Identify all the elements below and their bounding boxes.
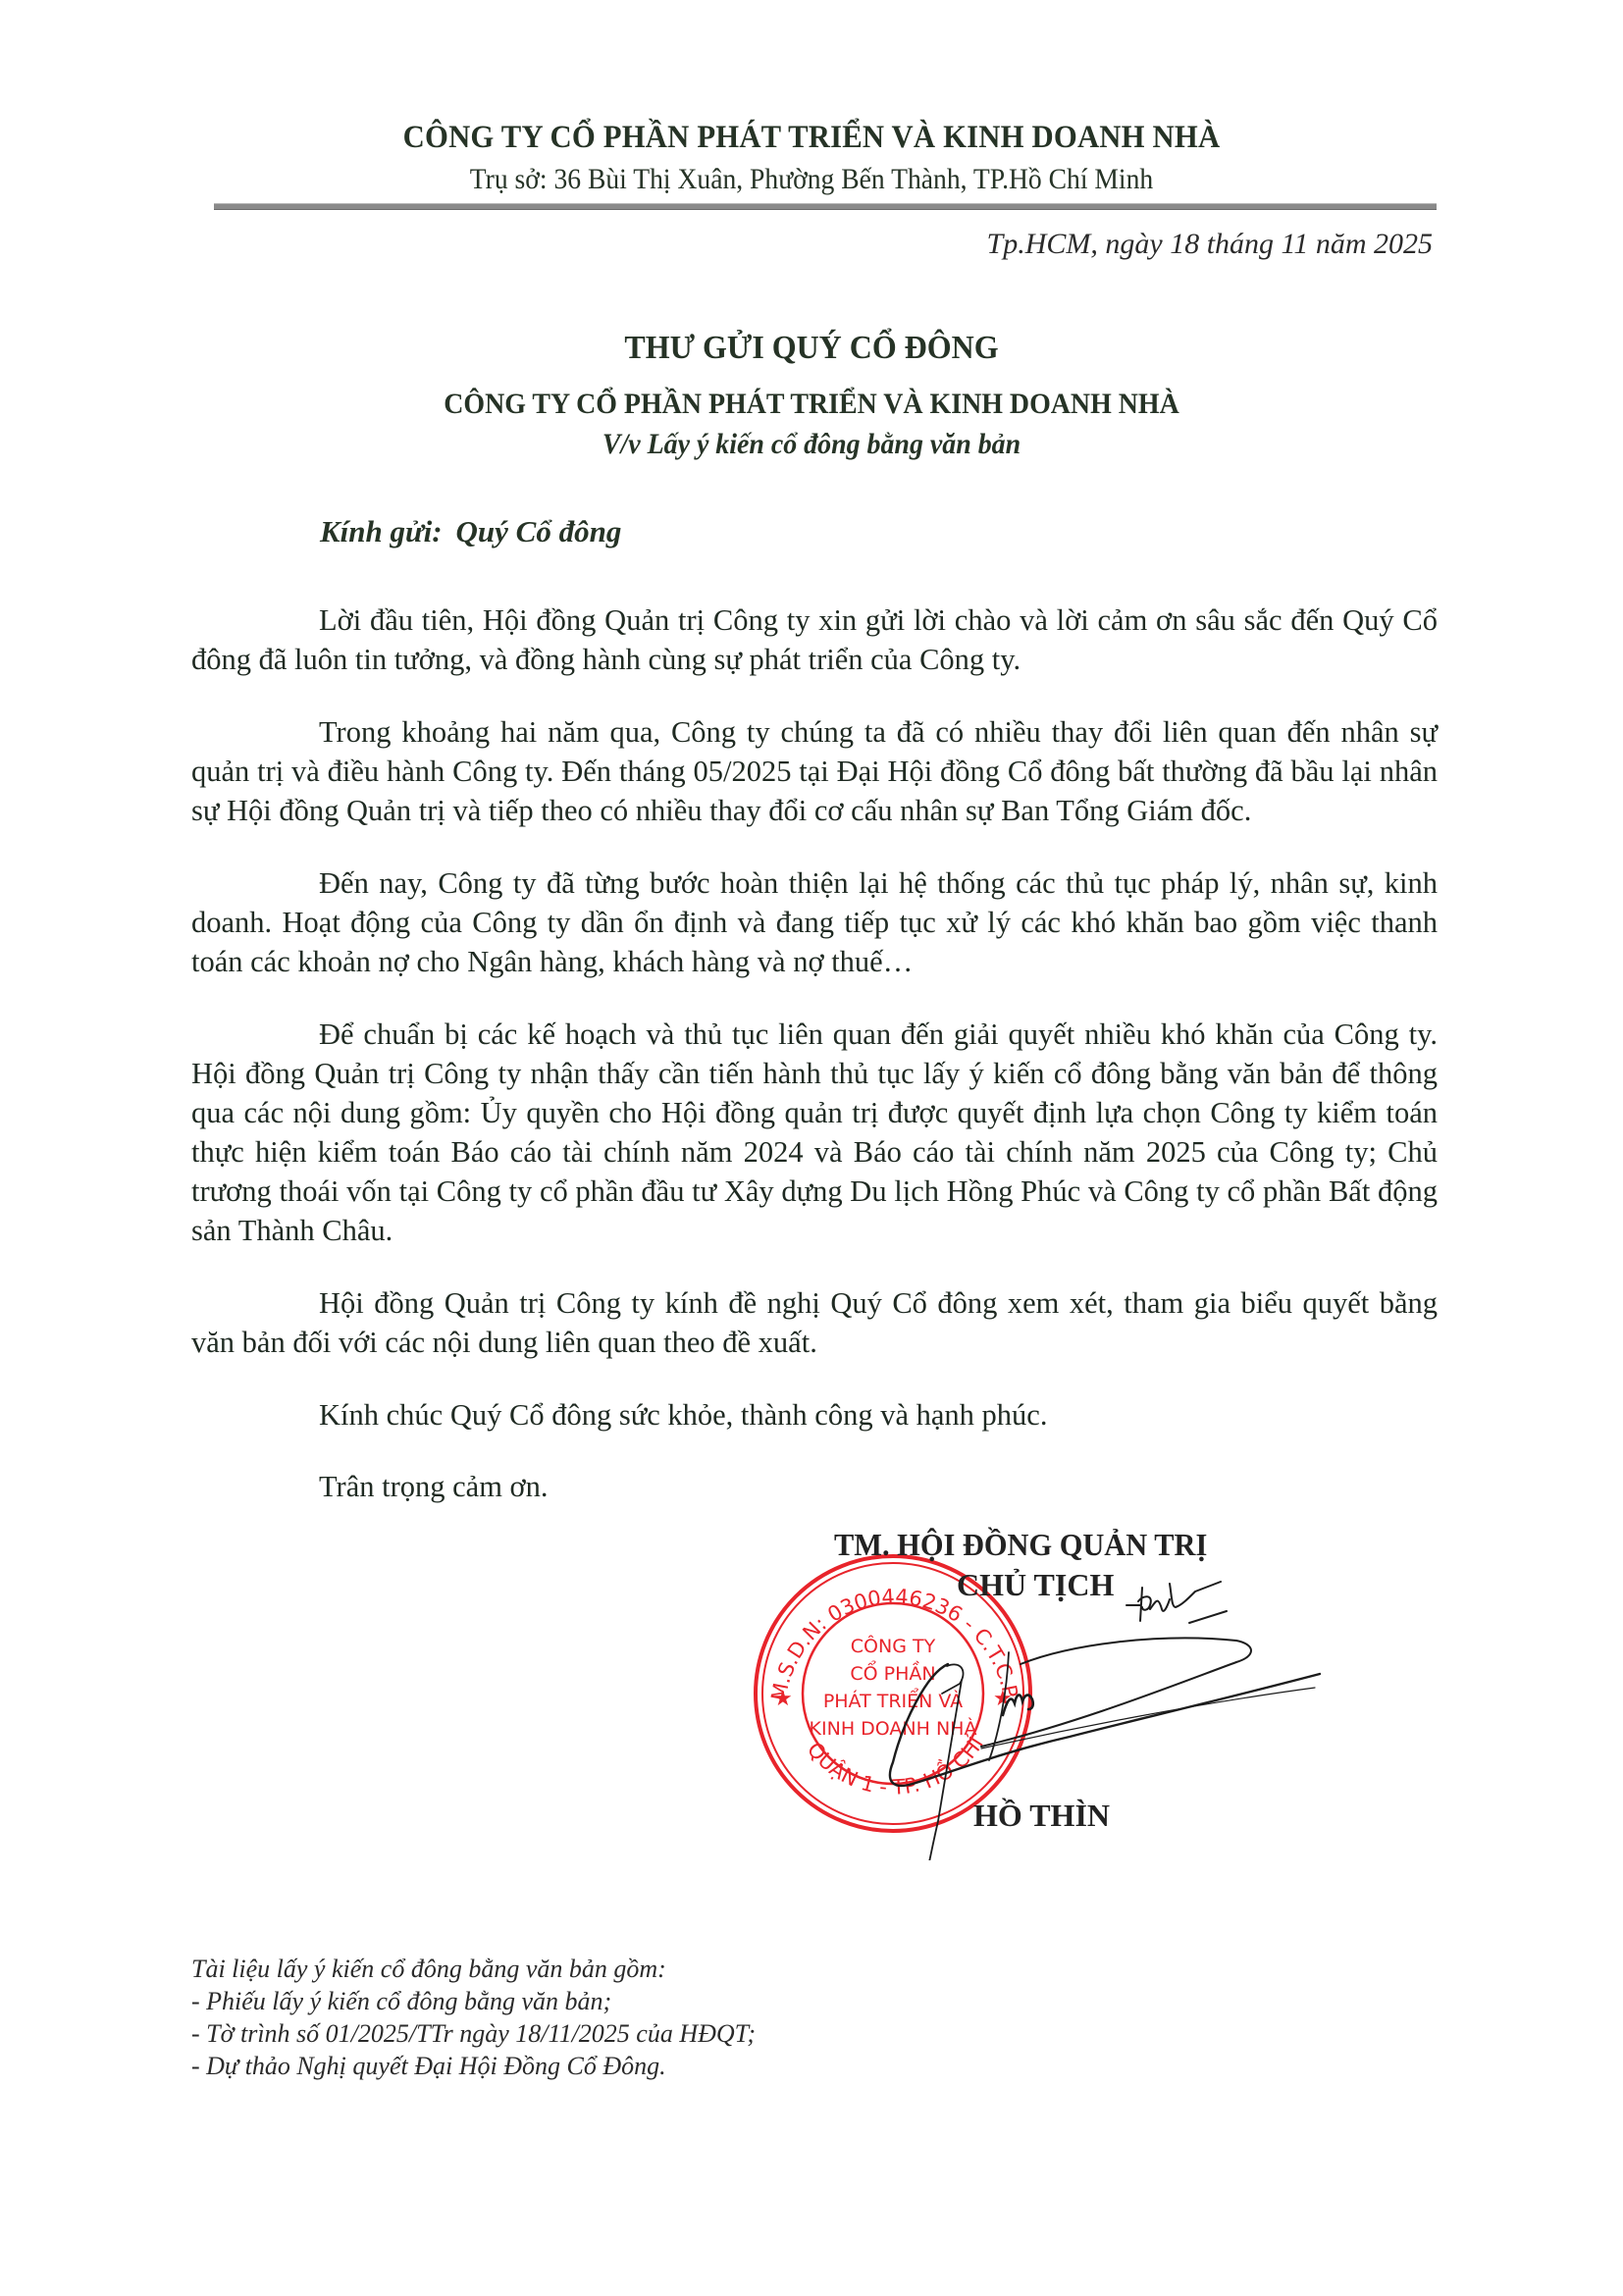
attachments-heading: Tài liệu lấy ý kiến cổ đông bằng văn bản…: [191, 1953, 756, 1985]
svg-text:CÔNG TY: CÔNG TY: [851, 1634, 936, 1657]
attachment-item: - Phiếu lấy ý kiến cổ đông bằng văn bản;: [191, 1985, 756, 2017]
svg-text:KINH DOANH NHÀ: KINH DOANH NHÀ: [810, 1717, 977, 1740]
salutation-label: Kính gửi:: [320, 514, 443, 548]
svg-text:PHÁT TRIỂN VÀ: PHÁT TRIỂN VÀ: [823, 1687, 963, 1712]
letter-page: CÔNG TY CỔ PHẦN PHÁT TRIỂN VÀ KINH DOANH…: [0, 0, 1623, 2296]
body-paragraph: Đến nay, Công ty đã từng bước hoàn thiện…: [191, 863, 1438, 981]
salutation: Kính gửi:Quý Cổ đông: [320, 514, 621, 549]
signatory-role: TM. HỘI ĐỒNG QUẢN TRỊ: [834, 1527, 1207, 1563]
attachments-list: Tài liệu lấy ý kiến cổ đông bằng văn bản…: [191, 1953, 756, 2082]
attachment-item: - Tờ trình số 01/2025/TTr ngày 18/11/202…: [191, 2017, 756, 2050]
company-name: CÔNG TY CỔ PHẦN PHÁT TRIỂN VÀ KINH DOANH…: [57, 120, 1566, 156]
svg-text:★: ★: [773, 1687, 793, 1711]
letter-company: CÔNG TY CỔ PHẦN PHÁT TRIỂN VÀ KINH DOANH…: [57, 388, 1566, 421]
body-paragraph: Lời đầu tiên, Hội đồng Quản trị Công ty …: [191, 600, 1438, 679]
body-paragraph: Hội đồng Quản trị Công ty kính đề nghị Q…: [191, 1283, 1438, 1362]
letter-title: THƯ GỬI QUÝ CỔ ĐÔNG: [49, 330, 1575, 367]
body-paragraph: Để chuẩn bị các kế hoạch và thủ tục liên…: [191, 1015, 1438, 1250]
attachment-item: - Dự thảo Nghị quyết Đại Hội Đồng Cổ Đôn…: [191, 2050, 756, 2082]
company-address: Trụ sở: 36 Bùi Thị Xuân, Phường Bến Thàn…: [65, 163, 1558, 196]
signatory-name: HỒ THÌN: [973, 1798, 1110, 1834]
signatory-title: CHỦ TỊCH: [957, 1567, 1114, 1603]
closing-wish: Kính chúc Quý Cổ đông sức khỏe, thành cô…: [191, 1395, 1438, 1435]
signature-block: M.S.D.N: 0300446236 - C.T.C.P QUẬN 1 - T…: [746, 1527, 1335, 1860]
closing-thanks: Trân trọng cảm ơn.: [191, 1467, 1438, 1506]
header-divider: [214, 203, 1437, 210]
svg-text:★: ★: [993, 1687, 1013, 1711]
svg-text:CỔ PHẦN: CỔ PHẦN: [850, 1659, 935, 1685]
date-line: Tp.HCM, ngày 18 tháng 11 năm 2025: [987, 228, 1433, 261]
body-paragraph: Trong khoảng hai năm qua, Công ty chúng …: [191, 712, 1438, 830]
letter-body: Lời đầu tiên, Hội đồng Quản trị Công ty …: [191, 600, 1438, 1539]
salutation-recipient: Quý Cổ đông: [456, 514, 622, 548]
letter-subject: V/v Lấy ý kiến cổ đông bằng văn bản: [57, 428, 1566, 461]
